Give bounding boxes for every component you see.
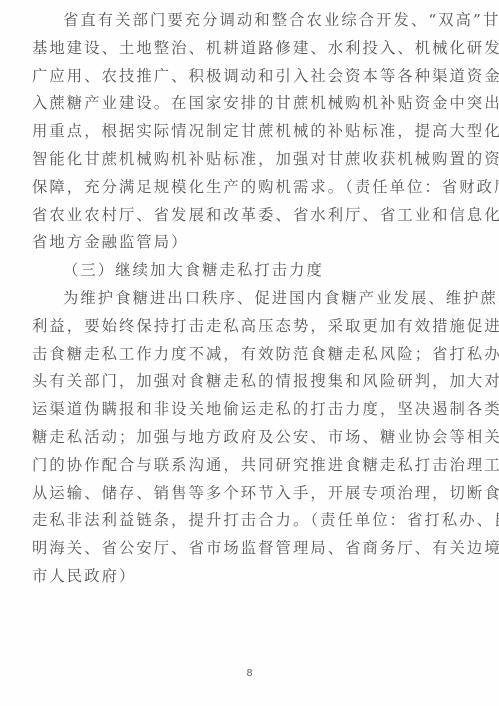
- text-line: 击食糖走私工作力度不减，有效防范食糖走私风险；省打私办牵: [32, 341, 464, 369]
- text-line: 省直有关部门要充分调动和整合农业综合开发、“双高”甘: [32, 7, 464, 35]
- page-number: 8: [0, 668, 499, 679]
- text-line: 明海关、省公安厅、省市场监督管理局、省商务厅、有关边境州: [32, 535, 464, 563]
- text-line: 为维护食糖进出口秩序、促进国内食糖产业发展、维护蔗农: [32, 285, 464, 313]
- text-line: 利益，要始终保持打击走私高压态势，采取更加有效措施促进打: [32, 313, 464, 341]
- document-page: 省直有关部门要充分调动和整合农业综合开发、“双高”甘 基地建设、土地整治、机耕道…: [0, 0, 499, 706]
- text-line: 广应用、农技推广、积极调动和引入社会资本等各种渠道资金投: [32, 63, 464, 91]
- document-body: 省直有关部门要充分调动和整合农业综合开发、“双高”甘 基地建设、土地整治、机耕道…: [32, 7, 464, 591]
- text-line: 入蔗糖产业建设。在国家安排的甘蔗机械购机补贴资金中突出使: [32, 90, 464, 118]
- text-line: 省农业农村厅、省发展和改革委、省水利厅、省工业和信息化厅、: [32, 202, 464, 230]
- text-line: 走私非法利益链条，提升打击合力。（责任单位：省打私办、昆: [32, 507, 464, 535]
- text-line: 保障，充分满足规模化生产的购机需求。（责任单位：省财政厅、: [32, 174, 464, 202]
- text-line: 市人民政府）: [32, 563, 464, 591]
- text-line: 运渠道伪瞒报和非设关地偷运走私的打击力度，坚决遏制各类食: [32, 396, 464, 424]
- text-line: 省地方金融监管局）: [32, 229, 464, 257]
- paragraph-funding: 省直有关部门要充分调动和整合农业综合开发、“双高”甘 基地建设、土地整治、机耕道…: [32, 7, 464, 257]
- text-line: 头有关部门，加强对食糖走私的情报搜集和风险研判，加大对货: [32, 368, 464, 396]
- text-line: 糖走私活动；加强与地方政府及公安、市场、糖业协会等相关部: [32, 424, 464, 452]
- text-line: 从运输、储存、销售等多个环节入手，开展专项治理，切断食糖: [32, 480, 464, 508]
- section-heading: （三）继续加大食糖走私打击力度: [32, 257, 464, 285]
- text-line: 基地建设、土地整治、机耕道路修建、水利投入、机械化研发推: [32, 35, 464, 63]
- paragraph-anti-smuggling: 为维护食糖进出口秩序、促进国内食糖产业发展、维护蔗农 利益，要始终保持打击走私高…: [32, 285, 464, 591]
- text-line: 智能化甘蔗机械购机补贴标准，加强对甘蔗收获机械购置的资金: [32, 146, 464, 174]
- text-line: 门的协作配合与联系沟通，共同研究推进食糖走私打击治理工作，: [32, 452, 464, 480]
- text-line: 用重点，根据实际情况制定甘蔗机械的补贴标准，提高大型化、: [32, 118, 464, 146]
